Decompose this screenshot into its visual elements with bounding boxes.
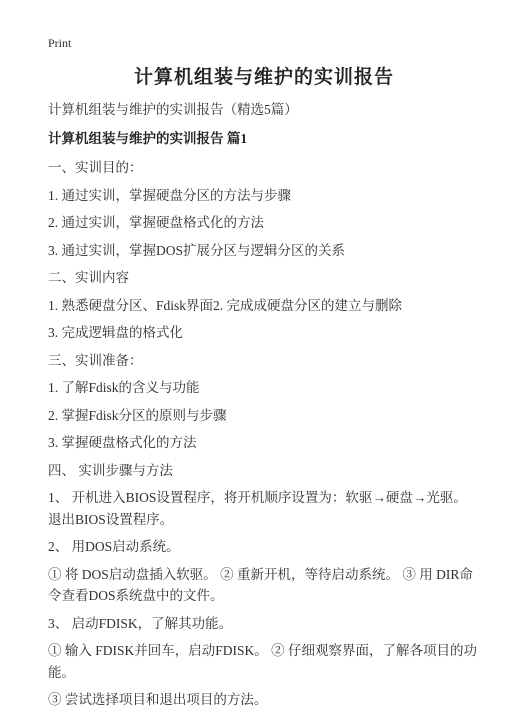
- paragraph: 3、 启动FDISK，了解其功能。: [48, 613, 480, 635]
- paragraph: ① 输入 FDISK并回车，启动FDISK。 ② 仔细观察界面，了解各项目的功能…: [48, 640, 480, 683]
- paragraph: ③ 尝试选择项目和退出项目的方法。: [48, 689, 480, 711]
- section-1-heading: 计算机组装与维护的实训报告 篇1: [48, 129, 480, 149]
- paragraph: 2. 掌握Fdisk分区的原则与步骤: [48, 405, 480, 427]
- paragraph: 1. 熟悉硬盘分区、Fdisk界面2. 完成成硬盘分区的建立与删除: [48, 295, 480, 317]
- paragraph: 一、实训目的：: [48, 157, 480, 179]
- paragraph: 2. 通过实训，掌握硬盘格式化的方法: [48, 212, 480, 234]
- paragraph: 二、实训内容: [48, 267, 480, 289]
- paragraph: 3. 掌握硬盘格式化的方法: [48, 432, 480, 454]
- paragraph: 1. 了解Fdisk的含义与功能: [48, 377, 480, 399]
- paragraph: 三、实训准备：: [48, 350, 480, 372]
- paragraph: 3. 通过实训，掌握DOS扩展分区与逻辑分区的关系: [48, 240, 480, 262]
- paragraph: 3. 完成逻辑盘的格式化: [48, 322, 480, 344]
- print-link[interactable]: Print: [48, 36, 71, 51]
- document-subtitle: 计算机组装与维护的实训报告（精选5篇）: [48, 100, 480, 120]
- paragraph: ① 将 DOS启动盘插入软驱。 ② 重新开机，等待启动系统。 ③ 用 DIR命令…: [48, 564, 480, 607]
- paragraph: 四、 实训步骤与方法: [48, 460, 480, 482]
- page-title: 计算机组装与维护的实训报告: [48, 65, 480, 91]
- paragraph: 2、 用DOS启动系统。: [48, 536, 480, 558]
- document-page: Print 计算机组装与维护的实训报告 计算机组装与维护的实训报告（精选5篇） …: [0, 0, 520, 718]
- paragraph: 1. 通过实训，掌握硬盘分区的方法与步骤: [48, 185, 480, 207]
- paragraph: 1、 开机进入BIOS设置程序，将开机顺序设置为：软驱→硬盘→光驱。退出BIOS…: [48, 487, 480, 530]
